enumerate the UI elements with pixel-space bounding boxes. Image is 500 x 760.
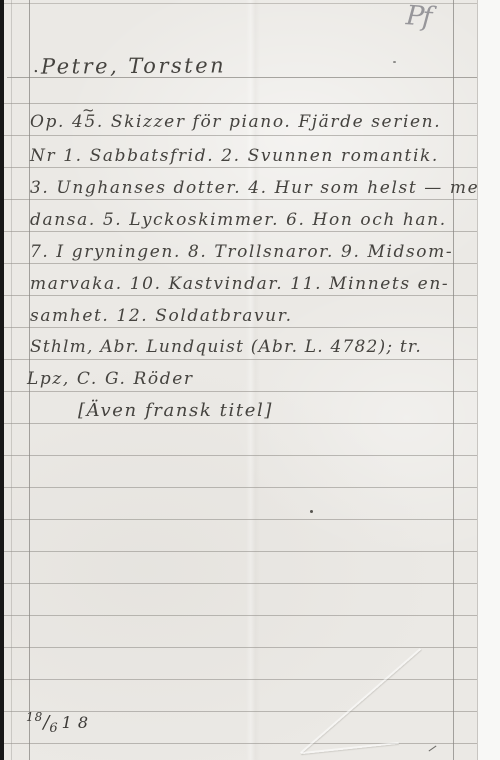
- card-heading-author: Petre, Torsten: [41, 53, 226, 78]
- entry-line-title: Op. 45. Skizzer för piano. Fjärde serien…: [30, 112, 441, 132]
- date-note: 18/618: [26, 712, 94, 733]
- heading-leading-dot: .: [33, 56, 39, 77]
- entry-line: marvaka. 10. Kastvindar. 11. Minnets en-: [30, 274, 449, 294]
- ink-speck: [310, 510, 313, 513]
- card-left-edge-line: [11, 0, 12, 760]
- pencil-classmark: Pf: [405, 0, 431, 33]
- entry-line-note: [Även fransk titel]: [78, 400, 273, 421]
- scanner-background: [478, 0, 500, 760]
- entry-line-printer: Lpz, C. G. Röder: [27, 369, 194, 389]
- pencil-speck: [393, 61, 396, 63]
- entry-line: 3. Unghanses dotter. 4. Hur som helst — …: [30, 178, 492, 198]
- date-year: 18: [62, 713, 94, 732]
- ruled-lines: [4, 103, 478, 753]
- entry-line: 7. I gryningen. 8. Trollsnaror. 9. Midso…: [30, 242, 453, 262]
- entry-line-publisher: Sthlm, Abr. Lundquist (Abr. L. 4782); tr…: [30, 337, 422, 357]
- catalog-card-paper: Pf . Petre, Torsten ~ Op. 45. Skizzer fö…: [4, 0, 478, 760]
- scanned-catalog-card: Pf . Petre, Torsten ~ Op. 45. Skizzer fö…: [0, 0, 500, 760]
- date-day: 18: [26, 710, 43, 724]
- entry-line: dansa. 5. Lyckoskimmer. 6. Hon och han.: [30, 210, 447, 230]
- right-margin-rule: [453, 0, 454, 760]
- entry-line: Nr 1. Sabbatsfrid. 2. Svunnen romantik.: [30, 146, 439, 166]
- date-month: 6: [49, 721, 57, 736]
- entry-line: samhet. 12. Soldatbravur.: [30, 306, 293, 326]
- scan-edge-left: [0, 0, 4, 760]
